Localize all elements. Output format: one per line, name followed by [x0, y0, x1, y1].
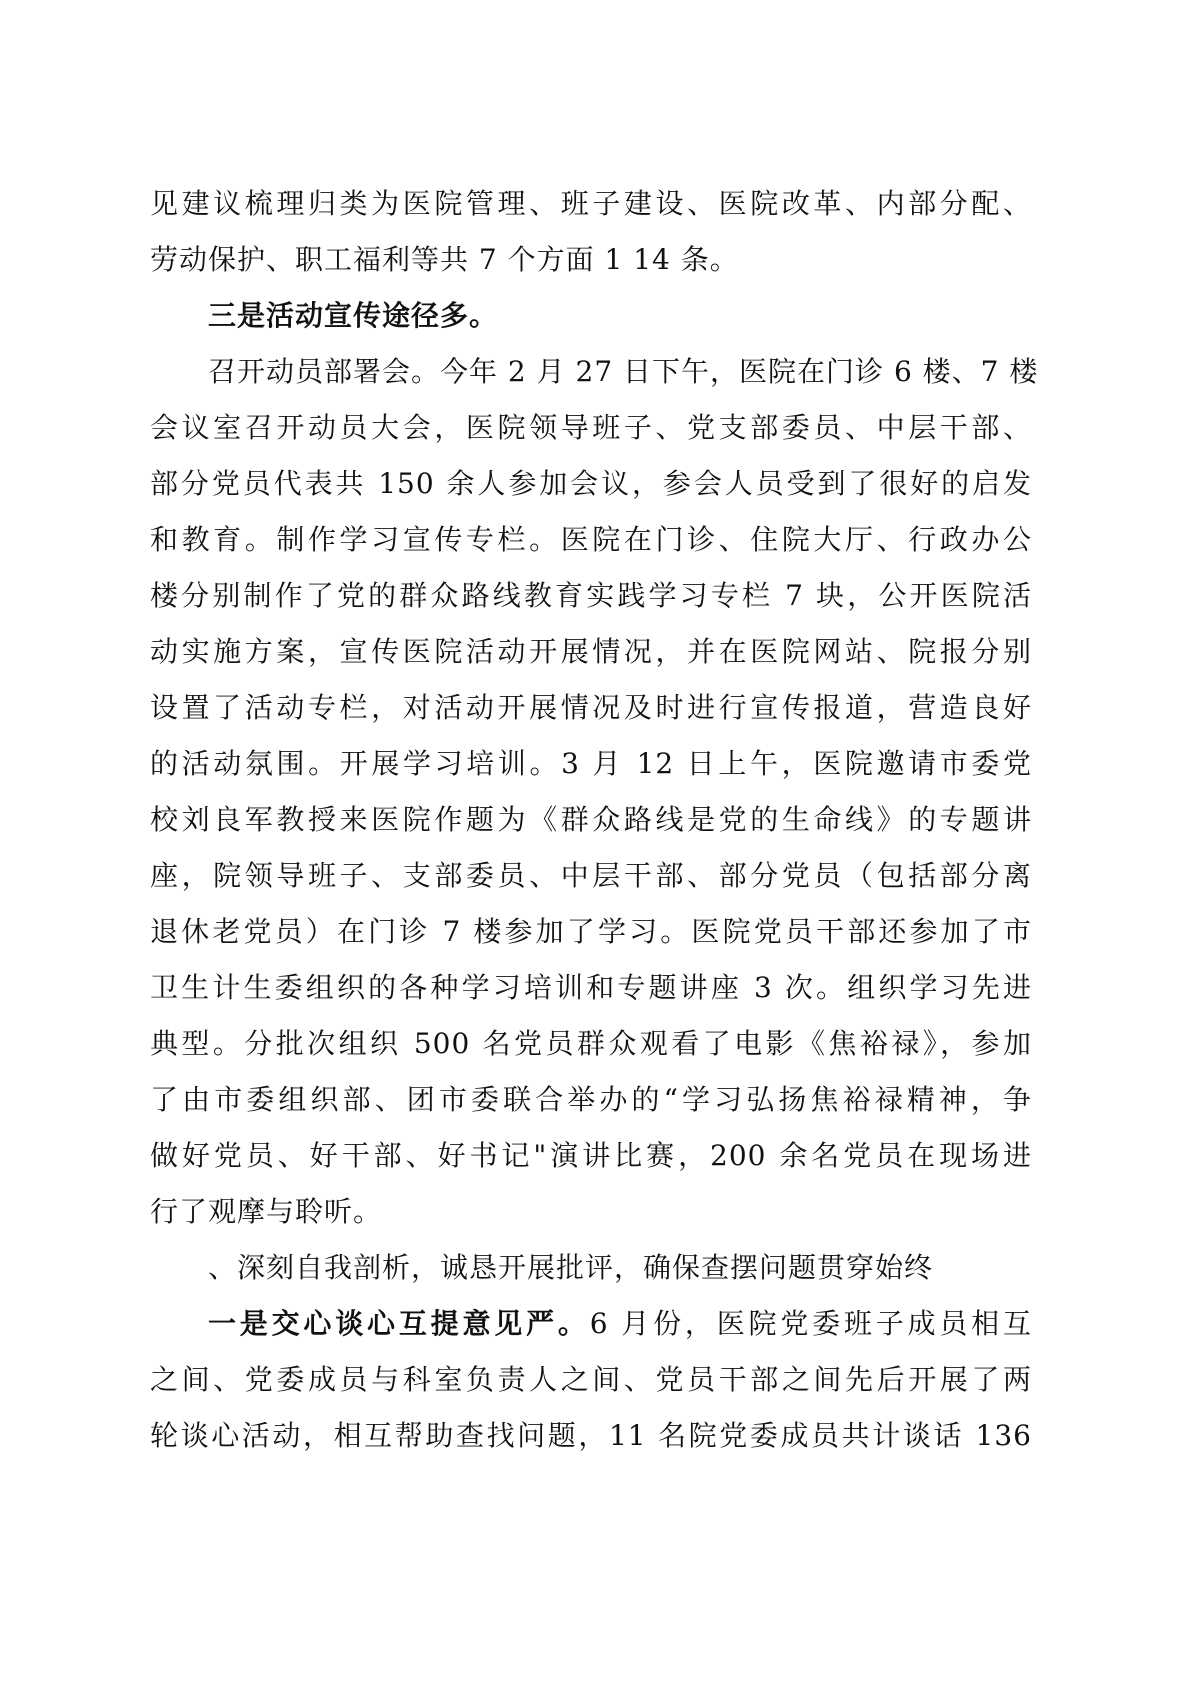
- paragraph-line-16: 典型。分批次组织 500 名党员群众观看了电影《焦裕禄》，参加: [150, 1016, 1032, 1072]
- paragraph-line-21: 一是交心谈心互提意见严。6 月份，医院党委班子成员相互: [150, 1296, 1032, 1352]
- paragraph-line-14: 退休老党员）在门诊 7 楼参加了学习。医院党员干部还参加了市: [150, 904, 1032, 960]
- paragraph-line-18: 做好党员、好干部、好书记"演讲比赛，200 余名党员在现场进: [150, 1128, 1032, 1184]
- paragraph-line-17: 了由市委组织部、团市委联合举办的“学习弘扬焦裕禄精神，争: [150, 1072, 1032, 1128]
- paragraph-line-7: 和教育。制作学习宣传专栏。医院在门诊、住院大厅、行政办公: [150, 512, 1032, 568]
- paragraph-line-8: 楼分别制作了党的群众路线教育实践学习专栏 7 块，公开医院活: [150, 568, 1032, 624]
- paragraph-line-4: 召开动员部署会。今年 2 月 27 日下午，医院在门诊 6 楼、7 楼: [150, 344, 1032, 400]
- section-heading-20: 、深刻自我剖析，诚恳开展批评，确保查摆问题贯穿始终: [150, 1240, 1032, 1296]
- section-heading-3: 三是活动宣传途径多。: [150, 288, 1032, 344]
- heading-bold-text: 三是活动宣传途径多。: [208, 299, 498, 332]
- document-page: 见建议梳理归类为医院管理、班子建设、医院改革、内部分配、 劳动保护、职工福利等共…: [150, 176, 1032, 1464]
- paragraph-line-2: 劳动保护、职工福利等共 7 个方面 1 14 条。: [150, 232, 1032, 288]
- subheading-bold-text: 一是交心谈心互提意见严。: [208, 1307, 590, 1340]
- paragraph-line-15: 卫生计生委组织的各种学习培训和专题讲座 3 次。组织学习先进: [150, 960, 1032, 1016]
- paragraph-line-12: 校刘良军教授来医院作题为《群众路线是党的生命线》的专题讲: [150, 792, 1032, 848]
- paragraph-line-13: 座，院领导班子、支部委员、中层干部、部分党员（包括部分离: [150, 848, 1032, 904]
- paragraph-line-10: 设置了活动专栏，对活动开展情况及时进行宣传报道，营造良好: [150, 680, 1032, 736]
- paragraph-line-19: 行了观摩与聆听。: [150, 1184, 1032, 1240]
- paragraph-text: 6 月份，医院党委班子成员相互: [590, 1307, 1032, 1340]
- paragraph-line-6: 部分党员代表共 150 余人参加会议，参会人员受到了很好的启发: [150, 456, 1032, 512]
- paragraph-line-9: 动实施方案，宣传医院活动开展情况，并在医院网站、院报分别: [150, 624, 1032, 680]
- paragraph-line-11: 的活动氛围。开展学习培训。3 月 12 日上午，医院邀请市委党: [150, 736, 1032, 792]
- paragraph-line-22: 之间、党委成员与科室负责人之间、党员干部之间先后开展了两: [150, 1352, 1032, 1408]
- paragraph-line-1: 见建议梳理归类为医院管理、班子建设、医院改革、内部分配、: [150, 176, 1032, 232]
- paragraph-line-5: 会议室召开动员大会，医院领导班子、党支部委员、中层干部、: [150, 400, 1032, 456]
- paragraph-line-23: 轮谈心活动，相互帮助查找问题，11 名院党委成员共计谈话 136: [150, 1408, 1032, 1464]
